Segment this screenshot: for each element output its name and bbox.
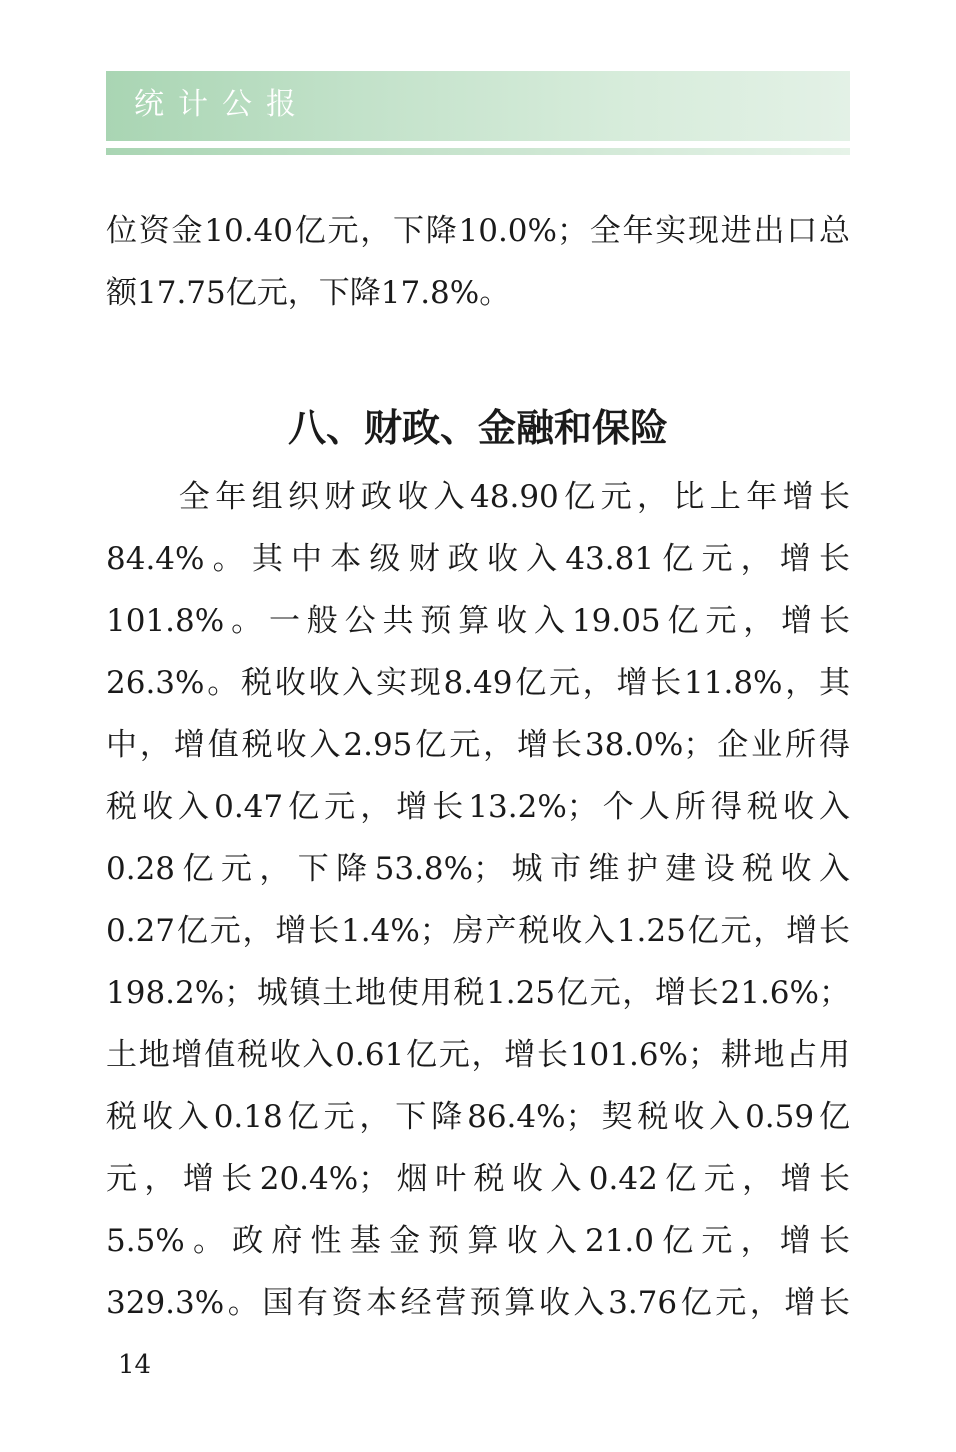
paragraph-line: 5.5%。政府性基金预算收入21.0亿元，增长: [106, 1210, 850, 1272]
paragraph-line: 全年组织财政收入48.90亿元，比上年增长: [106, 466, 850, 528]
continued-paragraph: 位资金10.40亿元，下降10.0%；全年实现进出口总 额17.75亿元，下降1…: [106, 200, 850, 324]
paragraph-line: 税收入0.18亿元，下降86.4%；契税收入0.59亿: [106, 1086, 850, 1148]
page-number: 14: [118, 1348, 151, 1382]
paragraph-line: 0.28亿元，下降53.8%；城市维护建设税收入: [106, 838, 850, 900]
paragraph-line: 101.8%。一般公共预算收入19.05亿元，增长: [106, 590, 850, 652]
header-title: 统计公报: [134, 85, 310, 125]
section-heading: 八、财政、金融和保险: [106, 400, 850, 456]
paragraph-line: 税收入0.47亿元，增长13.2%；个人所得税收入: [106, 776, 850, 838]
section-paragraph: 全年组织财政收入48.90亿元，比上年增长 84.4%。其中本级财政收入43.8…: [106, 466, 850, 1334]
paragraph-line: 土地增值税收入0.61亿元，增长101.6%；耕地占用: [106, 1024, 850, 1086]
paragraph-line: 0.27亿元，增长1.4%；房产税收入1.25亿元，增长: [106, 900, 850, 962]
paragraph-line: 中，增值税收入2.95亿元，增长38.0%；企业所得: [106, 714, 850, 776]
paragraph-line: 元，增长20.4%；烟叶税收入0.42亿元，增长: [106, 1148, 850, 1210]
paragraph-line: 84.4%。其中本级财政收入43.81亿元，增长: [106, 528, 850, 590]
paragraph-line: 198.2%；城镇土地使用税1.25亿元，增长21.6%；: [106, 962, 850, 1024]
paragraph-line: 位资金10.40亿元，下降10.0%；全年实现进出口总: [106, 200, 850, 262]
paragraph-line: 额17.75亿元，下降17.8%。: [106, 262, 850, 324]
paragraph-line: 26.3%。税收收入实现8.49亿元，增长11.8%，其: [106, 652, 850, 714]
paragraph-line: 329.3%。国有资本经营预算收入3.76亿元，增长: [106, 1272, 850, 1334]
header-divider: [106, 148, 850, 155]
header-band: 统计公报: [106, 71, 850, 141]
